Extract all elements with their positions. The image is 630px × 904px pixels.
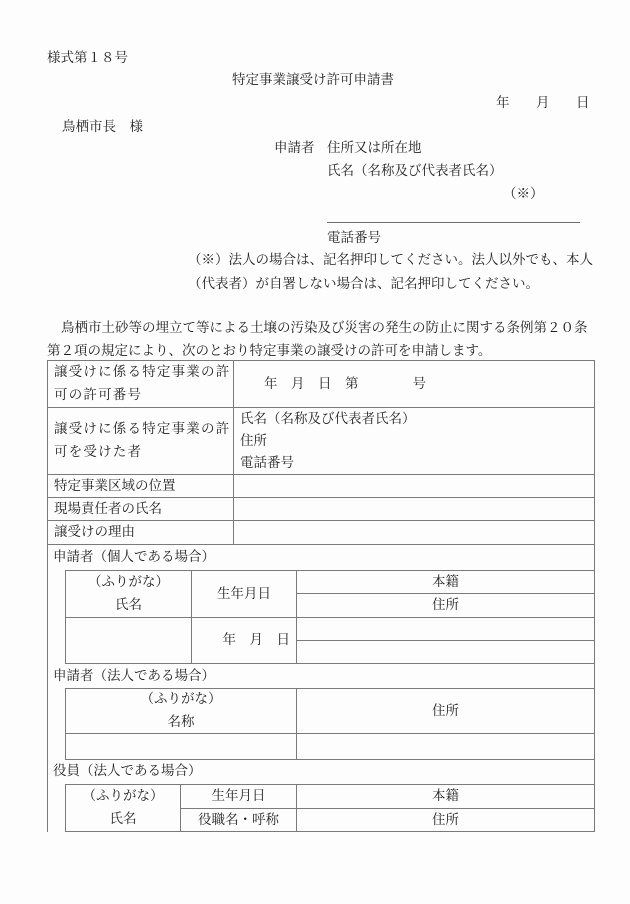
date-day-label: 日 bbox=[576, 92, 590, 114]
corporate-name-header: （ふりがな） 名称 bbox=[65, 688, 297, 734]
body-text-line-1: 鳥栖市土砂等の埋立て等による土壌の汚染及び災害の発生の防止に関する条例第２０条 bbox=[61, 317, 588, 339]
individual-birthdate-template: 年 月 日 bbox=[223, 629, 291, 652]
permit-holder-label: 譲受けに係る特定事業の許 可を受けた者 bbox=[47, 407, 234, 475]
corporate-name-field bbox=[65, 733, 297, 760]
applicant-phone-label: 電話番号 bbox=[327, 227, 381, 249]
applicant-address-label: 住所又は所在地 bbox=[327, 137, 422, 159]
corporate-name-label: 名称 bbox=[168, 711, 195, 734]
transfer-reason-label: 譲受けの理由 bbox=[47, 520, 234, 545]
individual-name-field bbox=[65, 617, 192, 664]
corporate-address-label: 住所 bbox=[432, 700, 459, 723]
project-area-location-label: 特定事業区域の位置 bbox=[47, 474, 234, 498]
individual-domicile-header: 本籍 bbox=[296, 570, 595, 594]
signature-underline bbox=[327, 222, 580, 223]
permit-number-label-line-2: 可の許可番号 bbox=[54, 384, 142, 407]
individual-name-label: 氏名 bbox=[115, 594, 142, 617]
individual-address-field bbox=[296, 640, 595, 664]
officer-birthdate-label: 生年月日 bbox=[212, 785, 266, 808]
officer-address-label: 住所 bbox=[432, 809, 459, 832]
transfer-reason-text: 譲受けの理由 bbox=[54, 521, 135, 544]
corporate-section-title: 申請者（法人である場合） bbox=[53, 665, 215, 687]
officer-domicile-label: 本籍 bbox=[432, 785, 459, 808]
officer-name-header: （ふりがな） 氏名 bbox=[65, 784, 181, 832]
individual-birthdate-header: 生年月日 bbox=[191, 570, 297, 618]
site-manager-name-text: 現場責任者の氏名 bbox=[54, 498, 162, 521]
individual-domicile-label: 本籍 bbox=[432, 571, 459, 594]
individual-domicile-field bbox=[296, 617, 595, 641]
individual-furigana-label: （ふりがな） bbox=[88, 571, 169, 594]
document-title: 特定事業譲受け許可申請書 bbox=[0, 69, 626, 91]
individual-birthdate-field: 年 月 日 bbox=[191, 617, 297, 664]
permit-number-template: 年 月 日 第 号 bbox=[264, 373, 426, 396]
date-month-label: 月 bbox=[536, 92, 550, 114]
individual-section-title: 申請者（個人である場合） bbox=[53, 546, 215, 568]
officer-position-header: 役職名・呼称 bbox=[180, 808, 297, 832]
site-manager-name-field bbox=[233, 497, 595, 521]
officer-domicile-header: 本籍 bbox=[296, 784, 595, 809]
addressee: 鳥栖市長 様 bbox=[62, 116, 143, 138]
individual-name-header: （ふりがな） 氏名 bbox=[65, 570, 192, 618]
officer-section-title: 役員（法人である場合） bbox=[53, 760, 202, 782]
permit-holder-label-line-2: 可を受けた者 bbox=[54, 441, 142, 464]
permit-number-value: 年 月 日 第 号 bbox=[233, 360, 595, 408]
officer-address-header: 住所 bbox=[296, 808, 595, 832]
project-area-location-text: 特定事業区域の位置 bbox=[54, 475, 176, 498]
form-number: 様式第１８号 bbox=[47, 47, 128, 69]
site-manager-name-label: 現場責任者の氏名 bbox=[47, 497, 234, 521]
permit-holder-value: 氏名（名称及び代表者氏名） 住所 電話番号 bbox=[233, 407, 595, 475]
individual-birthdate-label: 生年月日 bbox=[217, 583, 271, 606]
officer-position-label: 役職名・呼称 bbox=[198, 809, 279, 832]
corporate-furigana-label: （ふりがな） bbox=[141, 688, 222, 711]
seal-note-line-2: （代表者）が自署しない場合は、記名押印してください。 bbox=[188, 273, 539, 295]
permit-number-label-line-1: 譲受けに係る特定事業の許 bbox=[54, 361, 230, 384]
corporate-address-header: 住所 bbox=[296, 688, 595, 734]
permit-holder-address-label: 住所 bbox=[240, 430, 267, 452]
body-text-line-2: 第２項の規定により、次のとおり特定事業の譲受けの許可を申請します。 bbox=[47, 340, 491, 362]
individual-address-label: 住所 bbox=[432, 594, 459, 617]
seal-note-line-1: （※）法人の場合は、記名押印してください。法人以外でも、本人 bbox=[188, 249, 593, 271]
officer-furigana-label: （ふりがな） bbox=[83, 785, 164, 808]
seal-mark: （※） bbox=[503, 183, 544, 205]
permit-holder-name-label: 氏名（名称及び代表者氏名） bbox=[240, 408, 416, 430]
transfer-reason-field bbox=[233, 520, 595, 545]
officer-name-label: 氏名 bbox=[110, 808, 137, 831]
permit-holder-label-line-1: 譲受けに係る特定事業の許 bbox=[54, 418, 230, 441]
officer-birthdate-header: 生年月日 bbox=[180, 784, 297, 809]
applicant-label: 申請者 bbox=[274, 137, 315, 159]
date-year-label: 年 bbox=[496, 92, 510, 114]
applicant-name-label: 氏名（名称及び代表者氏名） bbox=[327, 160, 503, 182]
permit-number-label: 譲受けに係る特定事業の許 可の許可番号 bbox=[47, 360, 234, 408]
project-area-location-field bbox=[233, 474, 595, 498]
individual-address-header: 住所 bbox=[296, 593, 595, 618]
corporate-address-field bbox=[296, 733, 595, 760]
permit-holder-phone-label: 電話番号 bbox=[240, 452, 294, 474]
